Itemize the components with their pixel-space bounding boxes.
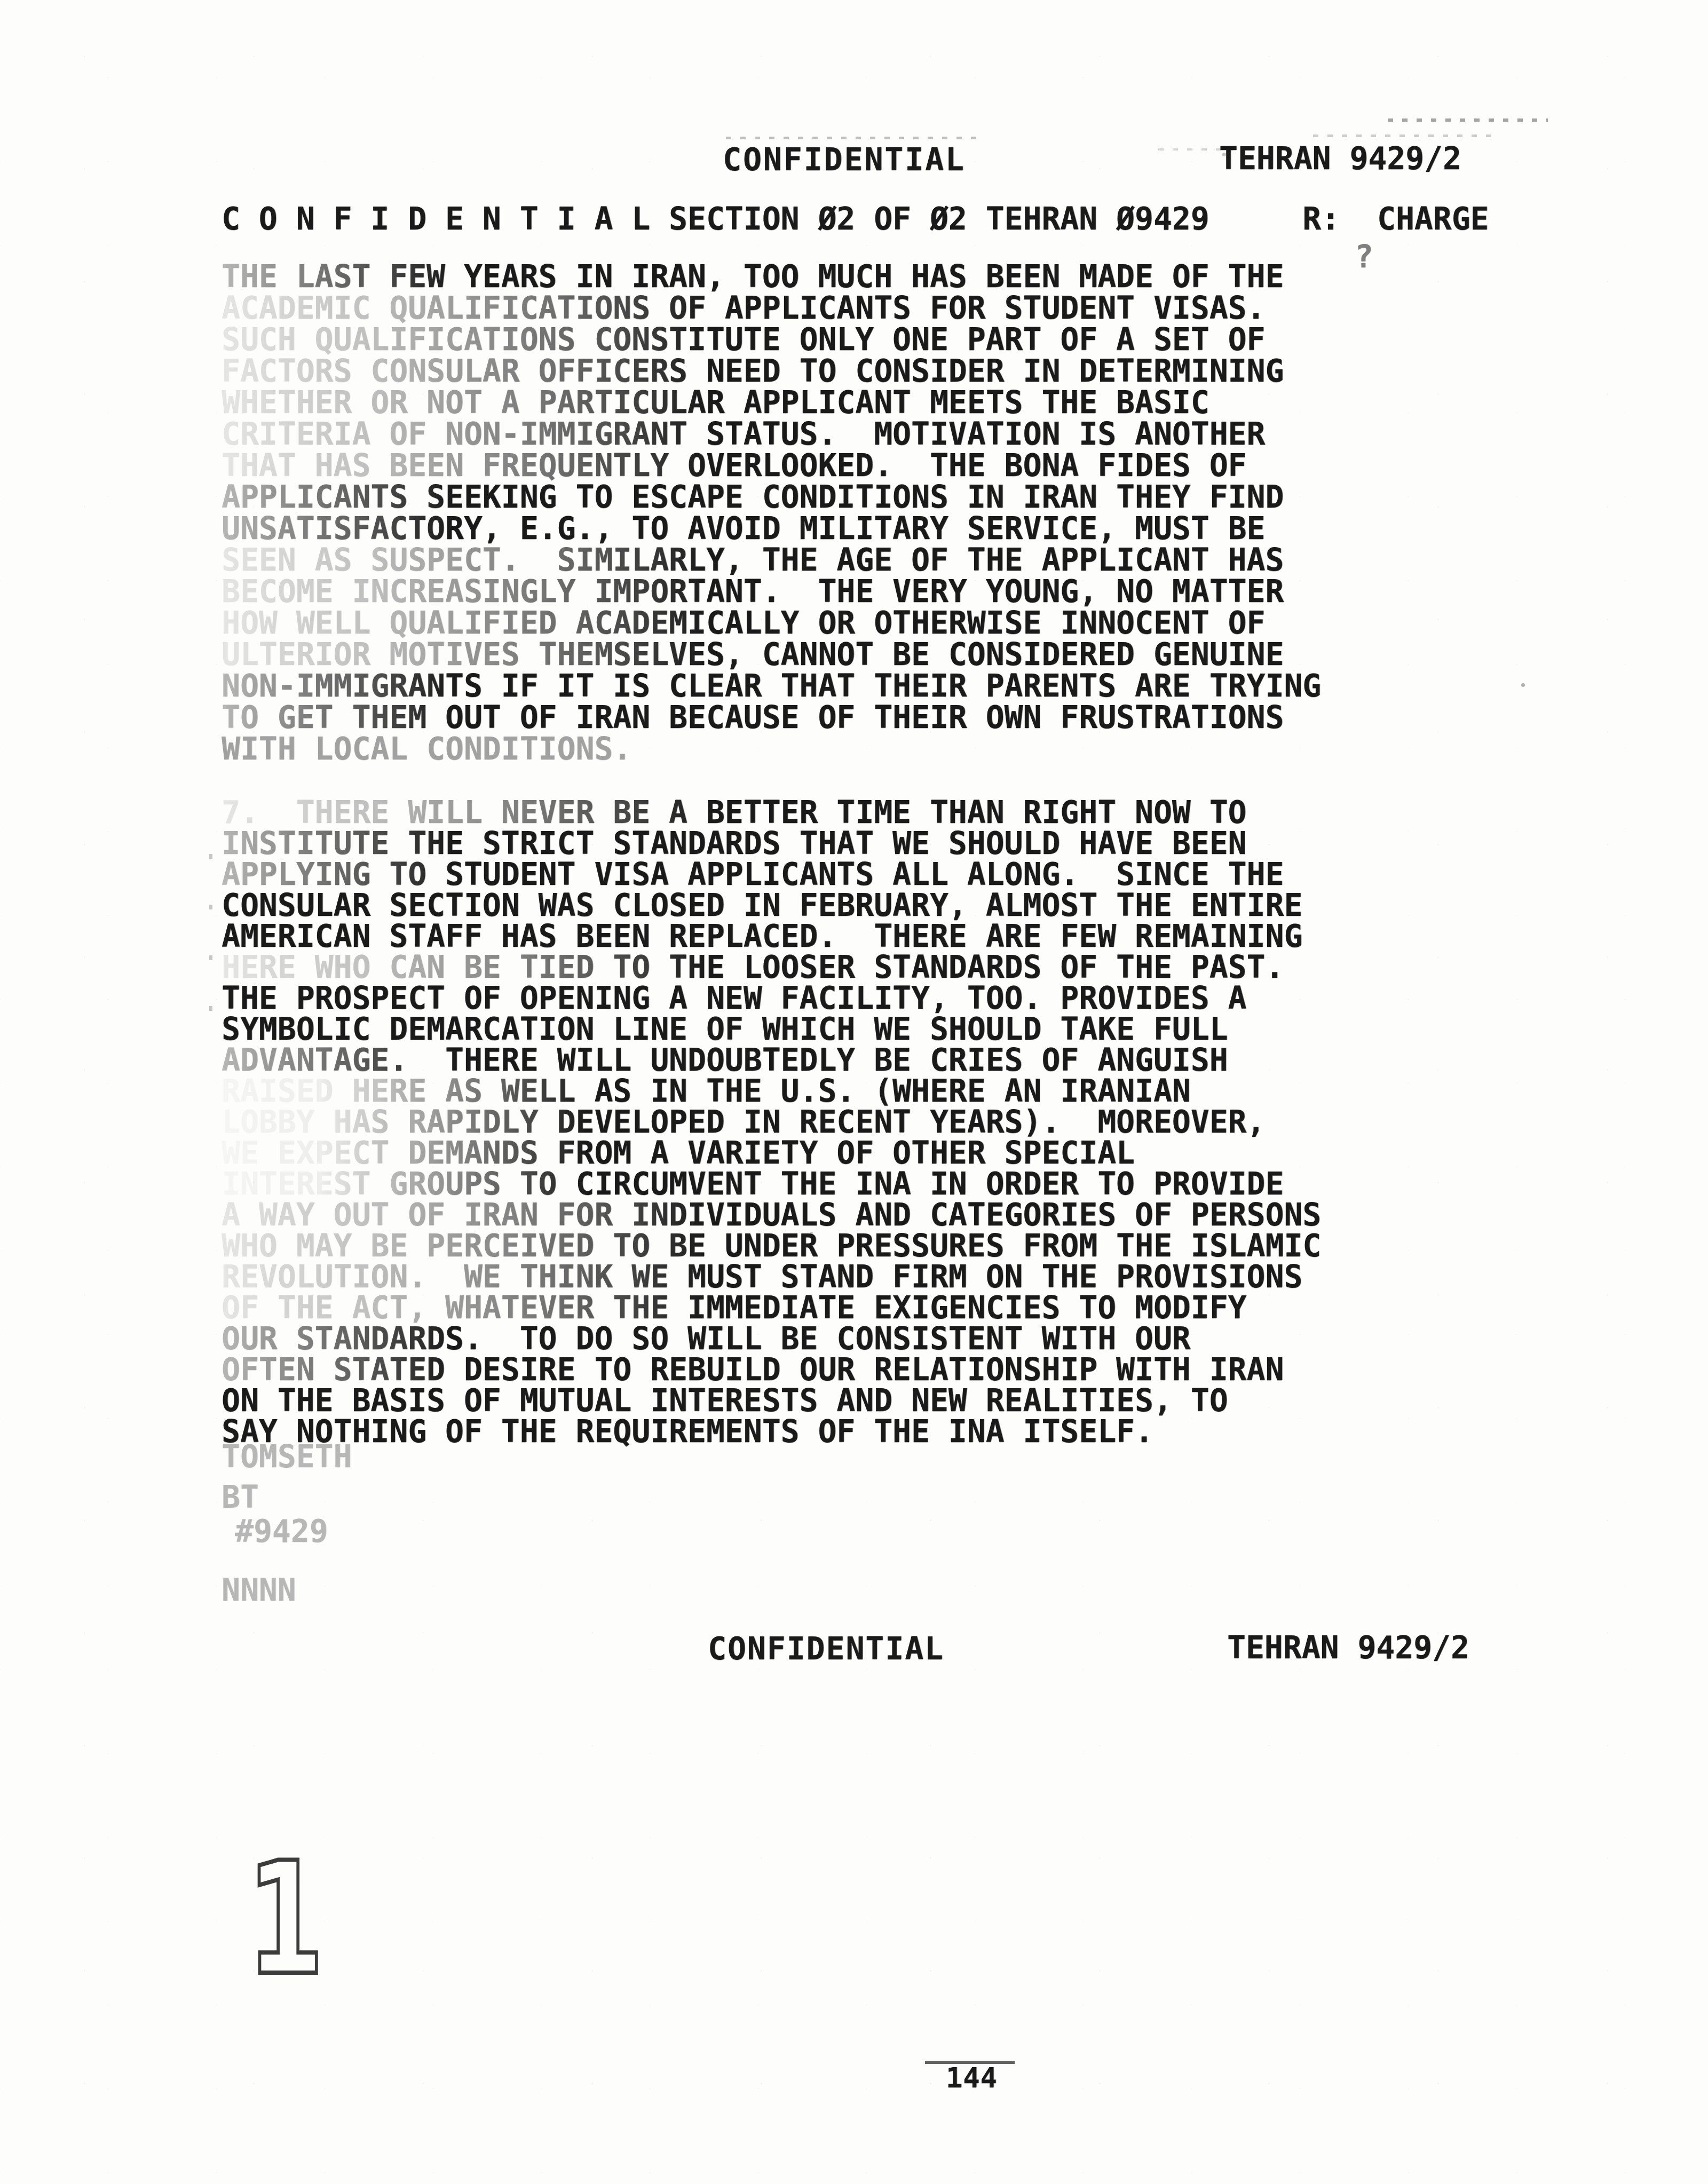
- text-line: FACTORS CONSULAR OFFICERS NEED TO CONSID…: [222, 355, 1321, 387]
- text-line: SAY NOTHING OF THE REQUIREMENTS OF THE I…: [222, 1416, 1321, 1447]
- classification-footer: CONFIDENTIAL: [708, 1633, 944, 1664]
- text-line: THE LAST FEW YEARS IN IRAN, TOO MUCH HAS…: [222, 261, 1321, 292]
- text-line: OFTEN STATED DESIRE TO REBUILD OUR RELAT…: [222, 1354, 1321, 1385]
- paragraph-2: 7. THERE WILL NEVER BE A BETTER TIME THA…: [222, 797, 1321, 1447]
- text-line: A WAY OUT OF IRAN FOR INDIVIDUALS AND CA…: [222, 1199, 1321, 1230]
- document-reference-footer: TEHRAN 9429/2: [1227, 1632, 1469, 1663]
- text-line: BECOME INCREASINGLY IMPORTANT. THE VERY …: [222, 576, 1321, 607]
- text-line: WHETHER OR NOT A PARTICULAR APPLICANT ME…: [222, 387, 1321, 418]
- text-line: OUR STANDARDS. TO DO SO WILL BE CONSISTE…: [222, 1323, 1321, 1354]
- scanned-cable-page: CONFIDENTIAL TEHRAN 9429/2 C O N F I D E…: [0, 0, 1708, 2184]
- text-line: SYMBOLIC DEMARCATION LINE OF WHICH WE SH…: [222, 1014, 1321, 1044]
- text-line: THE PROSPECT OF OPENING A NEW FACILITY, …: [222, 983, 1321, 1014]
- paragraph-1: THE LAST FEW YEARS IN IRAN, TOO MUCH HAS…: [222, 261, 1321, 765]
- text-line: WHO MAY BE PERCEIVED TO BE UNDER PRESSUR…: [222, 1230, 1321, 1261]
- copy-number-stamp: 1: [247, 1842, 324, 1997]
- text-line: UNSATISFACTORY, E.G., TO AVOID MILITARY …: [222, 513, 1321, 544]
- text-line: ULTERIOR MOTIVES THEMSELVES, CANNOT BE C…: [222, 639, 1321, 670]
- text-line: ON THE BASIS OF MUTUAL INTERESTS AND NEW…: [222, 1385, 1321, 1416]
- scan-noise-marks: [726, 137, 977, 139]
- text-line: APPLICANTS SEEKING TO ESCAPE CONDITIONS …: [222, 481, 1321, 513]
- text-line: INSTITUTE THE STRICT STANDARDS THAT WE S…: [222, 828, 1321, 859]
- text-line: REVOLUTION. WE THINK WE MUST STAND FIRM …: [222, 1261, 1321, 1292]
- text-line: INTEREST GROUPS TO CIRCUMVENT THE INA IN…: [222, 1168, 1321, 1199]
- scan-noise-marks: [1388, 118, 1548, 122]
- message-number: #9429: [235, 1516, 328, 1547]
- scan-noise-margin-ticks: [209, 854, 212, 1025]
- text-line: OF THE ACT, WHATEVER THE IMMEDIATE EXIGE…: [222, 1292, 1321, 1323]
- text-line: WITH LOCAL CONDITIONS.: [222, 733, 1321, 765]
- text-line: ADVANTAGE. THERE WILL UNDOUBTEDLY BE CRI…: [222, 1044, 1321, 1075]
- text-line: RAISED HERE AS WELL AS IN THE U.S. (WHER…: [222, 1075, 1321, 1106]
- classification-header: CONFIDENTIAL: [723, 144, 966, 175]
- text-line: CONSULAR SECTION WAS CLOSED IN FEBRUARY,…: [222, 890, 1321, 921]
- text-line: LOBBY HAS RAPIDLY DEVELOPED IN RECENT YE…: [222, 1106, 1321, 1137]
- page-number: 144: [946, 2064, 998, 2092]
- drafter-name: TOMSETH: [222, 1441, 352, 1472]
- text-line: AMERICAN STAFF HAS BEEN REPLACED. THERE …: [222, 921, 1321, 952]
- text-line: 7. THERE WILL NEVER BE A BETTER TIME THA…: [222, 797, 1321, 828]
- text-line: NON-IMMIGRANTS IF IT IS CLEAR THAT THEIR…: [222, 670, 1321, 702]
- scan-noise-marks: [1313, 134, 1494, 137]
- text-line: WE EXPECT DEMANDS FROM A VARIETY OF OTHE…: [222, 1137, 1321, 1168]
- text-line: SEEN AS SUSPECT. SIMILARLY, THE AGE OF T…: [222, 544, 1321, 576]
- text-line: SUCH QUALIFICATIONS CONSTITUTE ONLY ONE …: [222, 324, 1321, 355]
- text-line: APPLYING TO STUDENT VISA APPLICANTS ALL …: [222, 859, 1321, 890]
- text-line: HOW WELL QUALIFIED ACADEMICALLY OR OTHER…: [222, 607, 1321, 639]
- text-line: THAT HAS BEEN FREQUENTLY OVERLOOKED. THE…: [222, 450, 1321, 481]
- text-line: ACADEMIC QUALIFICATIONS OF APPLICANTS FO…: [222, 292, 1321, 324]
- scan-noise-dot: [1521, 683, 1525, 687]
- break-transmission-marker: BT: [222, 1482, 259, 1513]
- cable-terminator: NNNN: [222, 1574, 296, 1605]
- text-line: CRITERIA OF NON-IMMIGRANT STATUS. MOTIVA…: [222, 418, 1321, 450]
- text-line: HERE WHO CAN BE TIED TO THE LOOSER STAND…: [222, 952, 1321, 983]
- document-reference-header: TEHRAN 9429/2: [1219, 143, 1461, 174]
- stray-question-mark: ?: [1355, 241, 1373, 272]
- cable-header-line: C O N F I D E N T I A L SECTION Ø2 OF Ø2…: [222, 203, 1489, 234]
- text-line: TO GET THEM OUT OF IRAN BECAUSE OF THEIR…: [222, 702, 1321, 733]
